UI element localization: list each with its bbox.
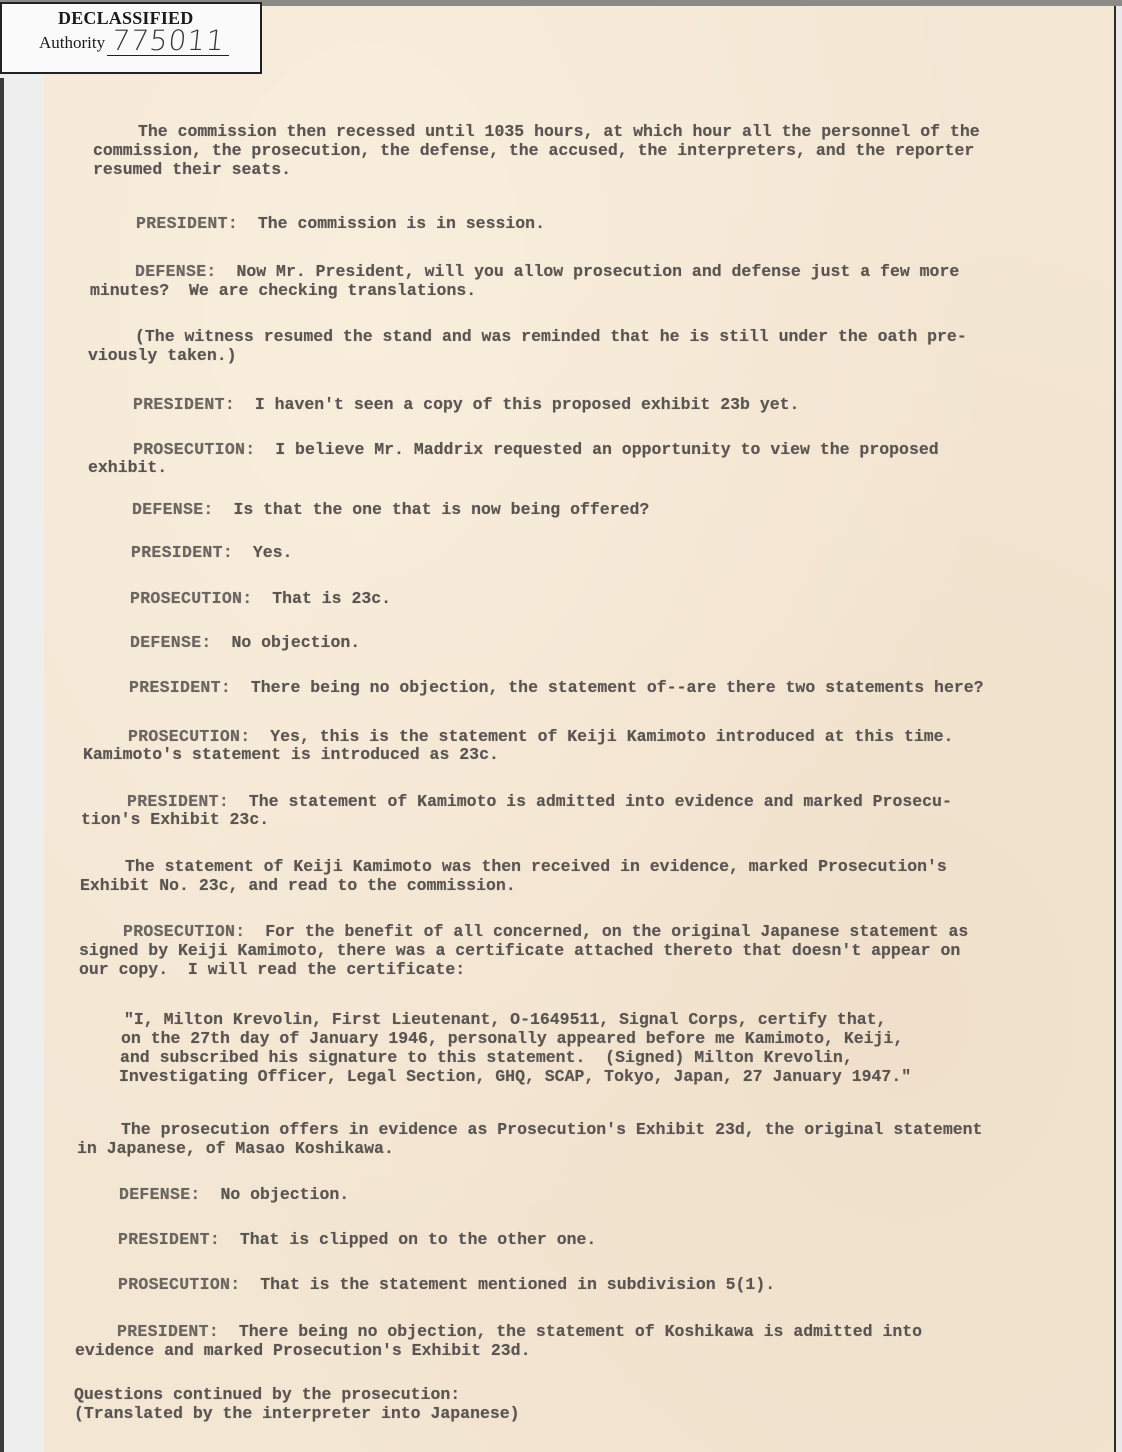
speaker-label: DEFENSE: [130, 633, 212, 652]
speaker-label: PROSECUTION: [128, 727, 250, 746]
speaker-label: PRESIDENT: [131, 543, 233, 562]
speaker-label: PROSECUTION: [123, 922, 245, 941]
certificate-quote-line: Investigating Officer, Legal Section, GH… [119, 1067, 911, 1086]
transcript-line: There being no objection, the statement … [239, 1322, 922, 1341]
transcript-line: (The witness resumed the stand and was r… [135, 327, 967, 346]
transcript-line: Yes. [253, 543, 293, 562]
transcript-line: That is clipped on to the other one. [240, 1230, 596, 1249]
transcript-line: Yes, this is the statement of Keiji Kami… [270, 727, 953, 746]
section-heading: Questions continued by the prosecution: [74, 1385, 460, 1404]
transcript-entry-defense: DEFENSE: Now Mr. President, will you all… [135, 262, 959, 281]
transcript-entry-prosecution: PROSECUTION: Yes, this is the statement … [128, 727, 953, 746]
speaker-label: PROSECUTION: [133, 440, 255, 459]
speaker-label: DEFENSE: [119, 1185, 201, 1204]
transcript-line: The commission then recessed until 1035 … [138, 122, 980, 141]
transcript-line: evidence and marked Prosecution's Exhibi… [75, 1341, 530, 1360]
section-note: (Translated by the interpreter into Japa… [74, 1404, 520, 1423]
transcript-line: Now Mr. President, will you allow prosec… [236, 262, 959, 281]
speaker-label: PROSECUTION: [130, 589, 252, 608]
speaker-label: PRESIDENT: [133, 395, 235, 414]
transcript-entry-prosecution: PROSECUTION: For the benefit of all conc… [123, 922, 968, 941]
transcript-line: minutes? We are checking translations. [90, 281, 476, 300]
transcript-entry-prosecution: PROSECUTION: I believe Mr. Maddrix reque… [133, 440, 939, 459]
transcript-line: Kamimoto's statement is introduced as 23… [83, 745, 499, 764]
transcript-line: No objection. [220, 1185, 349, 1204]
transcript-line: I haven't seen a copy of this proposed e… [255, 395, 800, 414]
transcript-entry-defense: DEFENSE: Is that the one that is now bei… [132, 500, 649, 519]
transcript-entry-defense: DEFENSE: No objection. [130, 633, 360, 652]
transcript-entry-president: PRESIDENT: I haven't seen a copy of this… [133, 395, 799, 414]
transcript-line: The commission is in session. [258, 214, 545, 233]
transcript-line: The statement of Kamimoto is admitted in… [249, 792, 952, 811]
speaker-label: PRESIDENT: [127, 792, 229, 811]
transcript-line: There being no objection, the statement … [251, 678, 984, 697]
transcript-line: commission, the prosecution, the defense… [93, 141, 974, 160]
transcript-line: I believe Mr. Maddrix requested an oppor… [275, 440, 938, 459]
transcript-entry-president: PRESIDENT: The commission is in session. [136, 214, 545, 233]
transcript-line: viously taken.) [88, 346, 237, 365]
transcript-line: our copy. I will read the certificate: [79, 960, 465, 979]
speaker-label: PRESIDENT: [129, 678, 231, 697]
transcript-line: Is that the one that is now being offere… [233, 500, 649, 519]
speaker-label: PRESIDENT: [118, 1230, 220, 1249]
transcript-entry-president: PRESIDENT: Yes. [131, 543, 292, 562]
transcript-entry-president: PRESIDENT: There being no objection, the… [117, 1322, 922, 1341]
transcript-entry-prosecution: PROSECUTION: That is the statement menti… [118, 1275, 775, 1294]
transcript-line: signed by Keiji Kamimoto, there was a ce… [79, 941, 960, 960]
transcript-entry-prosecution: PROSECUTION: That is 23c. [130, 589, 391, 608]
transcript-entry-president: PRESIDENT: There being no objection, the… [129, 678, 984, 697]
transcript-line: exhibit. [88, 458, 167, 477]
transcript-line: in Japanese, of Masao Koshikawa. [77, 1139, 394, 1158]
transcript-line: resumed their seats. [93, 160, 291, 179]
transcript-entry-president: PRESIDENT: The statement of Kamimoto is … [127, 792, 952, 811]
transcript-line: The statement of Keiji Kamimoto was then… [125, 857, 947, 876]
transcript-entry-president: PRESIDENT: That is clipped on to the oth… [118, 1230, 596, 1249]
speaker-label: PROSECUTION: [118, 1275, 240, 1294]
transcript-entry-defense: DEFENSE: No objection. [119, 1185, 349, 1204]
speaker-label: DEFENSE: [135, 262, 217, 281]
transcript-body: The commission then recessed until 1035 … [0, 0, 1122, 1452]
speaker-label: DEFENSE: [132, 500, 214, 519]
transcript-line: The prosecution offers in evidence as Pr… [121, 1120, 982, 1139]
speaker-label: PRESIDENT: [117, 1322, 219, 1341]
transcript-line: Exhibit No. 23c, and read to the commiss… [80, 876, 516, 895]
transcript-line: For the benefit of all concerned, on the… [265, 922, 968, 941]
transcript-line: No objection. [231, 633, 360, 652]
certificate-quote-line: and subscribed his signature to this sta… [120, 1048, 853, 1067]
certificate-quote-line: on the 27th day of January 1946, persona… [121, 1029, 903, 1048]
transcript-line: tion's Exhibit 23c. [81, 810, 269, 829]
speaker-label: PRESIDENT: [136, 214, 238, 233]
transcript-line: That is the statement mentioned in subdi… [260, 1275, 775, 1294]
transcript-line: That is 23c. [272, 589, 391, 608]
certificate-quote-line: "I, Milton Krevolin, First Lieutenant, O… [124, 1010, 886, 1029]
